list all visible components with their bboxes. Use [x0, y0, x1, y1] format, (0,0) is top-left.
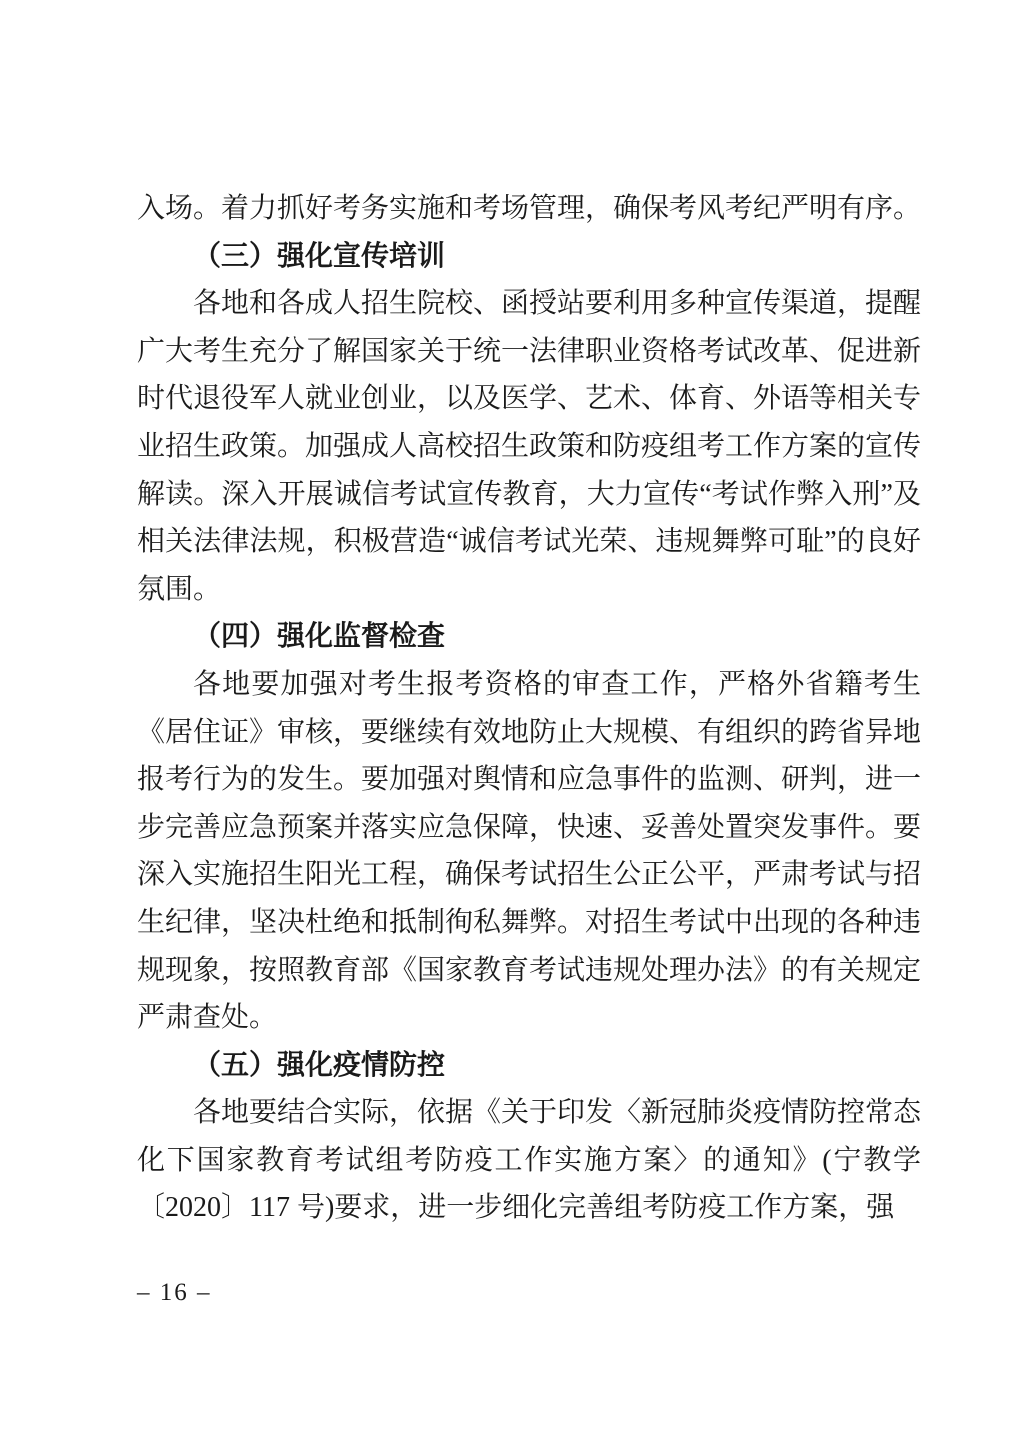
- document-body: 入场。着力抓好考务实施和考场管理，确保考风考纪严明有序。 （三）强化宣传培训 各…: [137, 185, 921, 1232]
- section-heading-3: （三）强化宣传培训: [137, 233, 921, 281]
- section-4-paragraph: 各地要加强对考生报考资格的审查工作，严格外省籍考生《居住证》审核，要继续有效地防…: [137, 661, 921, 1042]
- paragraph-continuation: 入场。着力抓好考务实施和考场管理，确保考风考纪严明有序。: [137, 185, 921, 233]
- section-heading-5: （五）强化疫情防控: [137, 1042, 921, 1090]
- page-number: – 16 –: [137, 1278, 212, 1308]
- document-page: 入场。着力抓好考务实施和考场管理，确保考风考纪严明有序。 （三）强化宣传培训 各…: [0, 0, 1024, 1448]
- section-3-paragraph: 各地和各成人招生院校、函授站要利用多种宣传渠道，提醒广大考生充分了解国家关于统一…: [137, 280, 921, 613]
- section-5-paragraph: 各地要结合实际，依据《关于印发〈新冠肺炎疫情防控常态化下国家教育考试组考防疫工作…: [137, 1089, 921, 1232]
- section-heading-4: （四）强化监督检查: [137, 613, 921, 661]
